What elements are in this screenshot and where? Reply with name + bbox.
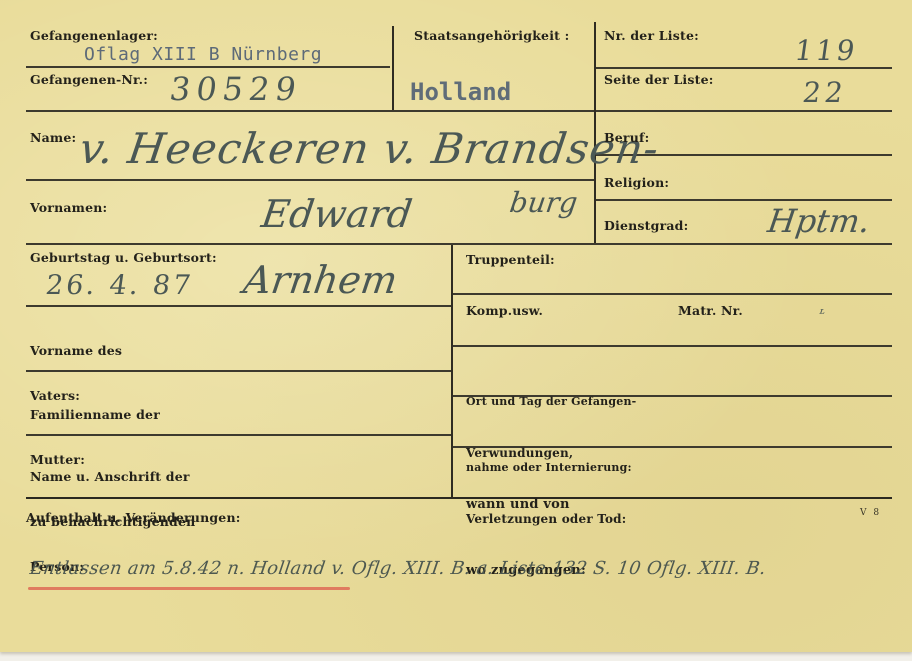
name-value: v. Heeckeren v. Brandsen-	[77, 124, 663, 173]
religion-label: Religion:	[604, 175, 669, 190]
divider	[392, 26, 394, 110]
pow-registration-card: Gefangenenlager: Oflag XIII B Nürnberg G…	[0, 0, 912, 652]
list-page-label: Seite der Liste:	[604, 72, 714, 87]
divider	[596, 199, 892, 201]
whereabouts-label: Aufenthalt u. Veränderungen:	[26, 510, 241, 525]
divider	[26, 243, 892, 245]
prisoner-number-value: 30529	[167, 70, 304, 108]
name-label: Name:	[30, 130, 76, 145]
divider	[26, 110, 892, 112]
first-names-label: Vornamen:	[30, 200, 107, 215]
company-label: Komp.usw.	[466, 303, 543, 318]
whereabouts-entry: Entlassen am 5.8.42 n. Holland v. Oflg. …	[29, 558, 768, 579]
arrival-label: wann und von wo zugegangen:	[466, 450, 586, 626]
name-value-continued: burg	[508, 186, 580, 219]
red-underline	[28, 587, 350, 590]
divider	[596, 67, 892, 69]
divider	[451, 245, 453, 497]
list-number-label: Nr. der Liste:	[604, 28, 699, 43]
nationality-stamp: Holland	[410, 78, 511, 106]
arrival-label-line1: wann und von	[466, 494, 586, 516]
birth-place-value: Arnhem	[241, 258, 400, 302]
prisoner-number-label: Gefangenen-Nr.:	[30, 72, 148, 87]
list-page-value: 22	[801, 76, 849, 109]
unit-label: Truppenteil:	[466, 252, 555, 267]
contact-person-label-line1: Name u. Anschrift der	[30, 469, 195, 484]
occupation-label: Beruf:	[604, 130, 649, 145]
rank-label: Dienstgrad:	[604, 218, 688, 233]
birth-label: Geburtstag u. Geburtsort:	[30, 250, 217, 265]
father-first-name-label-line1: Vorname des	[30, 343, 122, 358]
pencil-mark: ᶫ	[817, 304, 827, 323]
divider	[453, 293, 892, 295]
divider	[26, 66, 390, 68]
birth-date-value: 26. 4. 87	[44, 270, 196, 301]
rank-value: Hptm.	[765, 202, 872, 240]
divider	[26, 305, 451, 307]
list-number-value: 119	[793, 34, 860, 67]
mother-family-name-label-line1: Familienname der	[30, 407, 160, 422]
camp-stamp: Oflag XIII B Nürnberg	[84, 44, 322, 65]
nationality-label: Staatsangehörigkeit :	[414, 28, 570, 43]
camp-label: Gefangenenlager:	[30, 28, 158, 43]
matr-number-label: Matr. Nr.	[678, 303, 743, 318]
form-code: V 8	[860, 508, 881, 518]
divider	[26, 179, 594, 181]
first-names-value: Edward	[259, 192, 415, 236]
